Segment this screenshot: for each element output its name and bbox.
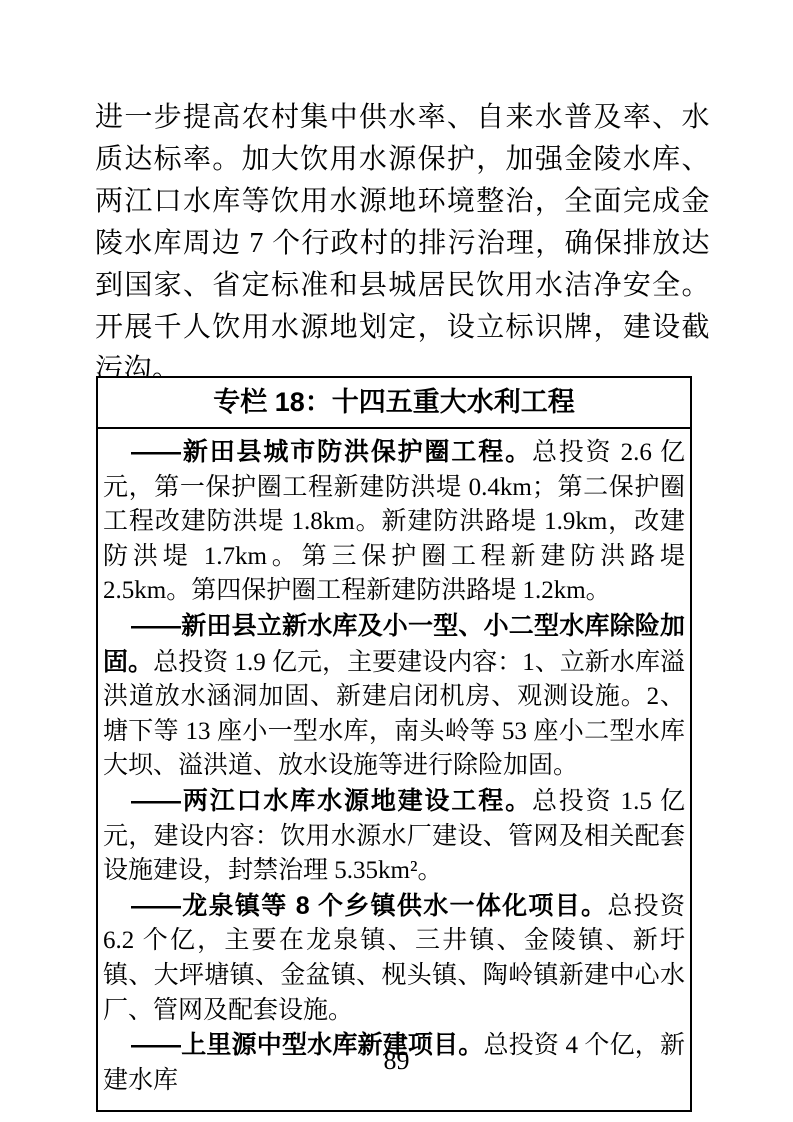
special-column-box: 专栏 18：十四五重大水利工程 ——新田县城市防洪保护圈工程。总投资 2.6 亿… [96,376,692,1112]
box-item-lead: ——新田县城市防洪保护圈工程。 [131,438,532,466]
box-item-lead: ——龙泉镇等 8 个乡镇供水一体化项目。 [131,892,607,920]
intro-paragraph: 进一步提高农村集中供水率、自来水普及率、水质达标率。加大饮用水源保护，加强金陵水… [95,97,710,391]
box-item-township-water-supply: ——龙泉镇等 8 个乡镇供水一体化项目。总投资 6.2 个亿，主要在龙泉镇、三井… [103,889,685,1028]
box-item-water-source-construction: ——两江口水库水源地建设工程。总投资 1.5 亿元，建设内容：饮用水源水厂建设、… [103,784,685,889]
box-item-text: 总投资 1.9 亿元，主要建设内容：1、立新水库溢洪道放水涵洞加固、新建启闭机房… [103,649,685,780]
document-page: 进一步提高农村集中供水率、自来水普及率、水质达标率。加大饮用水源保护，加强金陵水… [0,0,793,1122]
box-title: 专栏 18：十四五重大水利工程 [98,378,690,429]
box-body: ——新田县城市防洪保护圈工程。总投资 2.6 亿元，第一保护圈工程新建防洪堤 0… [98,429,690,1110]
page-number: 89 [0,1046,793,1076]
box-item-reservoir-reinforcement: ——新田县立新水库及小一型、小二型水库除险加固。总投资 1.9 亿元，主要建设内… [103,609,685,784]
box-item-lead: ——两江口水库水源地建设工程。 [131,787,532,815]
box-item-flood-protection: ——新田县城市防洪保护圈工程。总投资 2.6 亿元，第一保护圈工程新建防洪堤 0… [103,435,685,609]
